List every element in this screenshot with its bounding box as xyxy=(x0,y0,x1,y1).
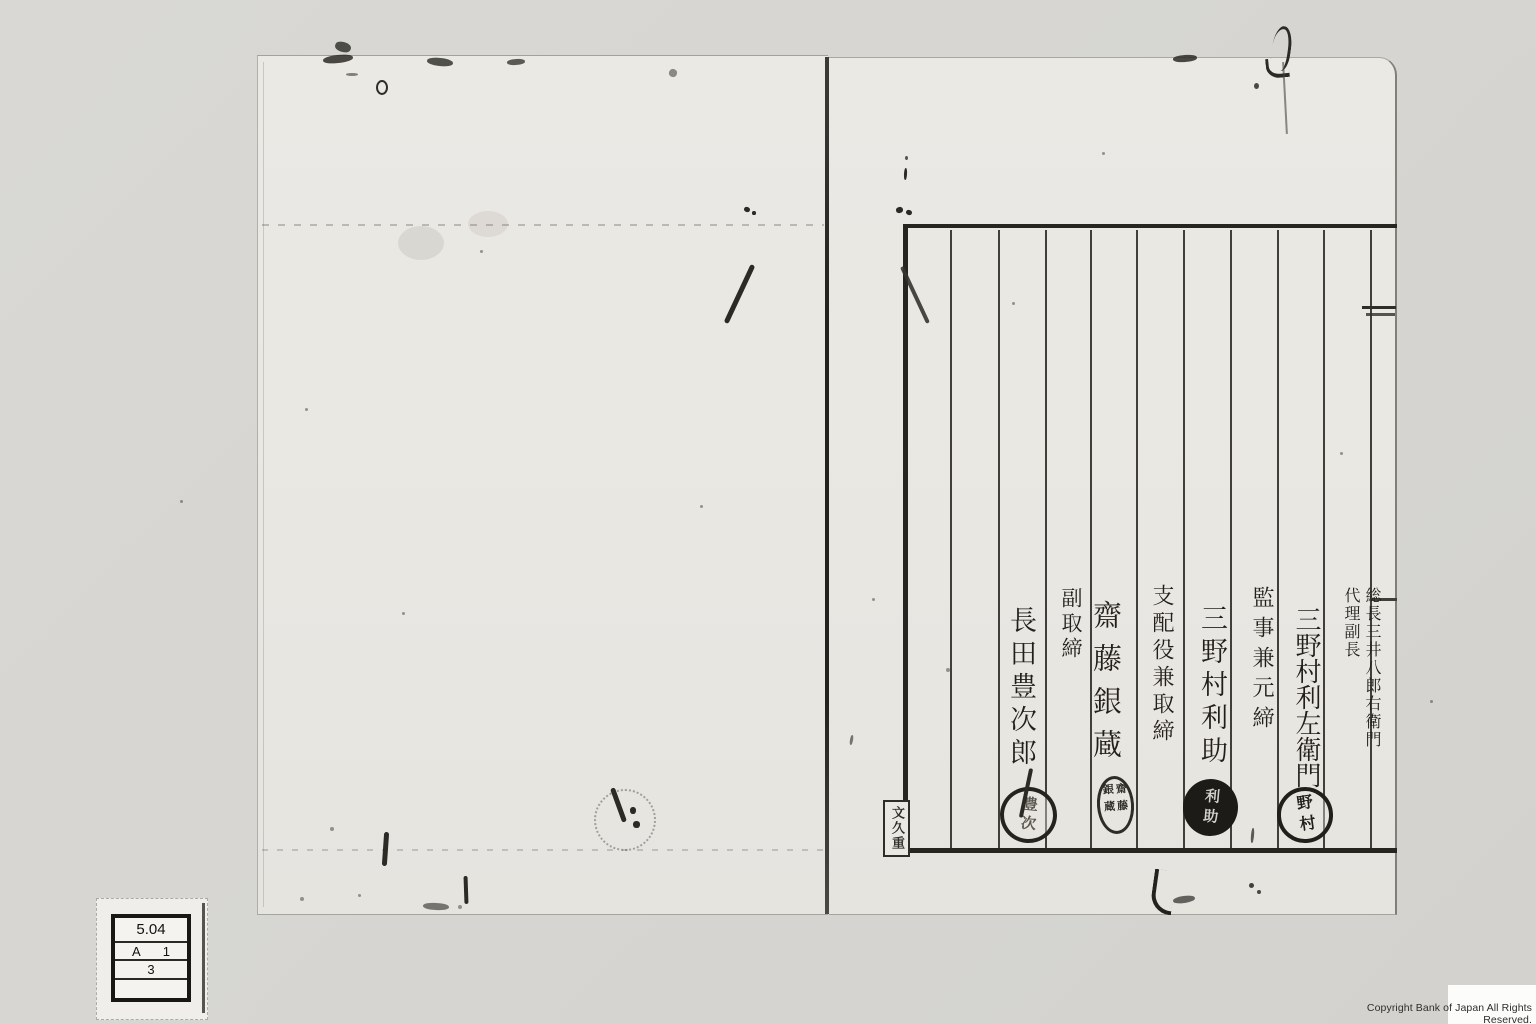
ink-smudge xyxy=(323,53,354,64)
speck xyxy=(300,897,304,901)
speck xyxy=(1340,452,1343,455)
column-rule xyxy=(1136,230,1138,848)
column-rule xyxy=(998,230,1000,848)
catalog-volume: 1 xyxy=(163,944,170,959)
column-rule xyxy=(1277,230,1279,848)
heading-line-2: 代理副長 xyxy=(1341,587,1362,763)
column-rule xyxy=(950,230,952,848)
speck xyxy=(872,598,875,601)
speck xyxy=(1430,700,1433,703)
ink-mark xyxy=(743,206,750,213)
paper-blotch xyxy=(468,211,508,237)
name-column-osada-toyojiro: 長田豊次郎 xyxy=(1001,606,1040,771)
speck xyxy=(180,500,183,503)
catalog-label-row-4 xyxy=(115,980,187,998)
catalog-label-row-2: A 1 xyxy=(115,943,187,961)
speck xyxy=(1012,302,1015,305)
ink-smudge xyxy=(427,57,454,68)
catalog-label-edge-line xyxy=(202,903,205,1013)
copyright-notice: Copyright Bank of Japan All Rights Reser… xyxy=(1350,1002,1532,1024)
margin-notch xyxy=(1362,306,1396,309)
speck xyxy=(946,668,950,672)
speck xyxy=(700,505,703,508)
ink-mark xyxy=(752,211,756,215)
speck xyxy=(1249,883,1254,888)
seal-glyphs: 齋藤銀蔵 xyxy=(1101,782,1130,828)
catalog-item: 3 xyxy=(147,962,154,977)
title-column-fukutorishimari: 副取締 xyxy=(1056,587,1086,662)
left-page xyxy=(257,55,828,915)
catalog-label-row-3: 3 xyxy=(115,961,187,980)
seal-glyphs: 利助 xyxy=(1200,787,1220,828)
speck xyxy=(1254,83,1259,89)
paper-blotch xyxy=(398,226,444,260)
name-column-minomura-rizaemon: 三野村利左衛門 xyxy=(1288,606,1325,788)
name-column-saito-ginzo: 齋藤銀蔵 xyxy=(1086,600,1127,772)
speck xyxy=(1102,152,1105,155)
ink-mark xyxy=(633,821,640,828)
ink-smudge xyxy=(423,902,449,910)
catalog-label-row-1: 5.04 xyxy=(115,918,187,943)
catalog-label: 5.04 A 1 3 xyxy=(111,914,191,1002)
column-rule xyxy=(1045,230,1047,848)
speck xyxy=(305,408,308,411)
ink-mark xyxy=(668,68,678,78)
showthrough-bottom-rule xyxy=(262,849,824,851)
ink-ring xyxy=(376,80,388,95)
speck xyxy=(458,905,462,909)
ink-smudge xyxy=(507,58,525,65)
seal-glyphs: 野村 xyxy=(1293,793,1317,837)
ink-smudge xyxy=(346,73,358,76)
speck xyxy=(330,827,334,831)
margin-notch xyxy=(1366,313,1395,316)
speck xyxy=(358,894,361,897)
edge-stamp-box: 文久重 xyxy=(883,800,910,857)
heading-column: 総長三井八郎右衛門 代理副長 xyxy=(1341,587,1383,763)
ink-stroke xyxy=(464,876,469,904)
ink-smudge xyxy=(334,40,352,54)
column-rule xyxy=(1183,230,1185,848)
title-column-kanji-motojime: 監事兼元締 xyxy=(1246,586,1277,736)
speck xyxy=(1257,890,1261,894)
heading-line-1: 総長三井八郎右衛門 xyxy=(1362,587,1383,763)
speck xyxy=(402,612,405,615)
speck xyxy=(480,250,483,253)
showthrough-left-rule xyxy=(263,62,264,907)
title-column-shihaiyaku-torishimari: 支配役兼取締 xyxy=(1146,584,1177,746)
catalog-series: A xyxy=(132,944,141,959)
catalog-number: 5.04 xyxy=(136,921,165,938)
ink-mark xyxy=(630,807,636,814)
showthrough-top-rule xyxy=(262,224,824,226)
name-column-minomura-risuke: 三野村利助 xyxy=(1192,604,1231,769)
scanned-document: 総長三井八郎右衛門 代理副長 三野村利左衛門 監事兼元締 三野村利助 支配役兼取… xyxy=(0,0,1536,1024)
speck xyxy=(905,156,908,160)
ink-stroke xyxy=(724,264,756,324)
